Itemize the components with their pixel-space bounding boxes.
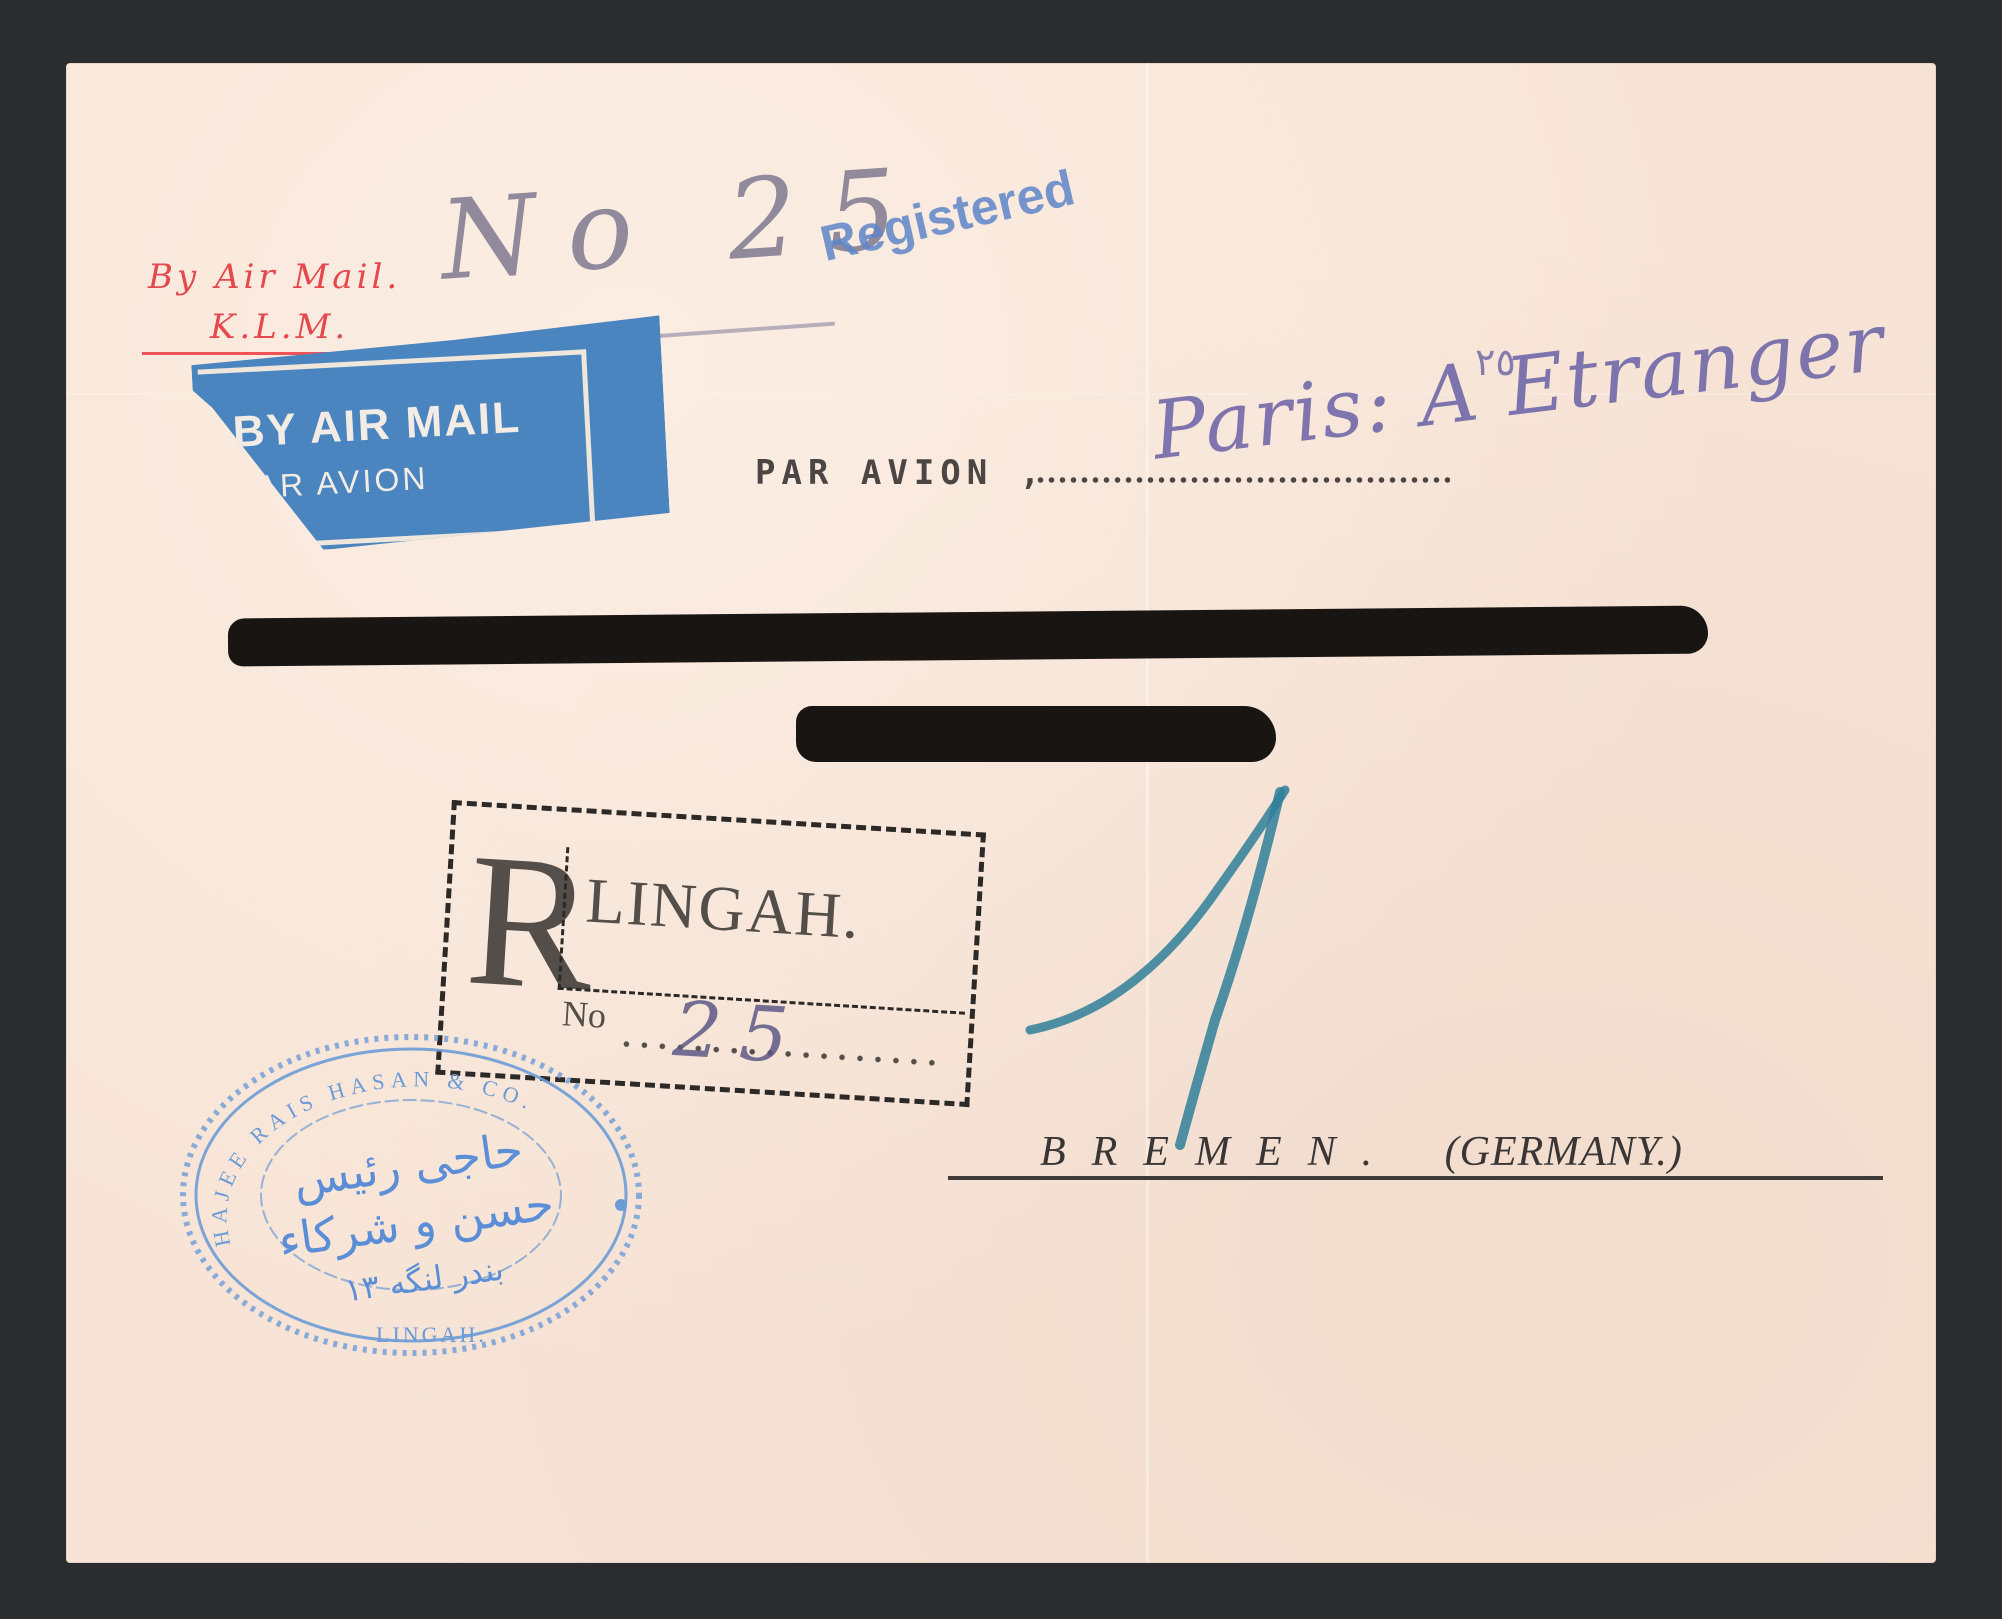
obliterated-text-bar [796,706,1276,762]
typed-note-line1: By Air Mail. [148,252,401,302]
crayon-mark-1 [1010,770,1310,1160]
registration-number-value: 25 [671,984,809,1081]
dotted-line [1035,477,1450,483]
address-country: (GERMANY.) [1445,1129,1683,1175]
recipient-address: BREMEN. (GERMANY.) [1040,1128,1683,1176]
par-avion-printed: PAR AVION , [755,453,1046,493]
sender-seal: HAJEE RAIS HASAN & CO. حاجی رئیس حسن و ش… [176,1030,646,1360]
typed-note-line2: K.L.M. [148,302,401,352]
seal-bottom-text: LINGAH. [376,1322,487,1348]
handwritten-small-number: ٢٥ [1475,340,1516,384]
address-underline [948,1176,1883,1180]
typed-airmail-note: By Air Mail. K.L.M. [148,252,401,352]
address-city: BREMEN. [1040,1129,1398,1175]
